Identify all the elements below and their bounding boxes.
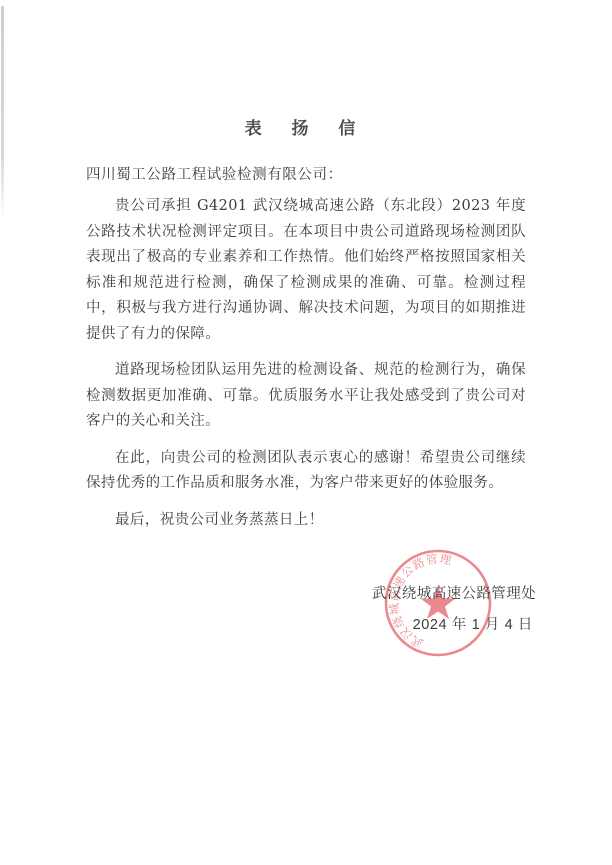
letter-title: 表 扬 信 — [0, 114, 612, 139]
signature-organization: 武汉绕城高速公路管理处 — [372, 582, 536, 603]
paragraph-thanks: 在此，向贵公司的检测团队表示衷心的感谢！希望贵公司继续保持优秀的工作品质和服务水… — [86, 446, 526, 497]
signature-block: 武汉绕城高速公路管理处 2024 年 1 月 4 日 — [372, 582, 536, 634]
letter-page: 表 扬 信 四川蜀工公路工程试验检测有限公司： 贵公司承担 G4201 武汉绕城… — [0, 0, 612, 865]
paragraph-team-equipment: 道路现场检团队运用先进的检测设备、规范的检测行为，确保检测数据更加准确、可靠。优… — [86, 358, 526, 435]
paragraph-project-praise: 贵公司承担 G4201 武汉绕城高速公路（东北段）2023 年度公路技术状况检测… — [86, 194, 526, 347]
letter-body: 贵公司承担 G4201 武汉绕城高速公路（东北段）2023 年度公路技术状况检测… — [86, 194, 526, 544]
signature-date: 2024 年 1 月 4 日 — [372, 613, 536, 634]
paragraph-closing-wish: 最后，祝贵公司业务蒸蒸日上！ — [86, 508, 526, 534]
salutation: 四川蜀工公路工程试验检测有限公司： — [86, 163, 343, 184]
